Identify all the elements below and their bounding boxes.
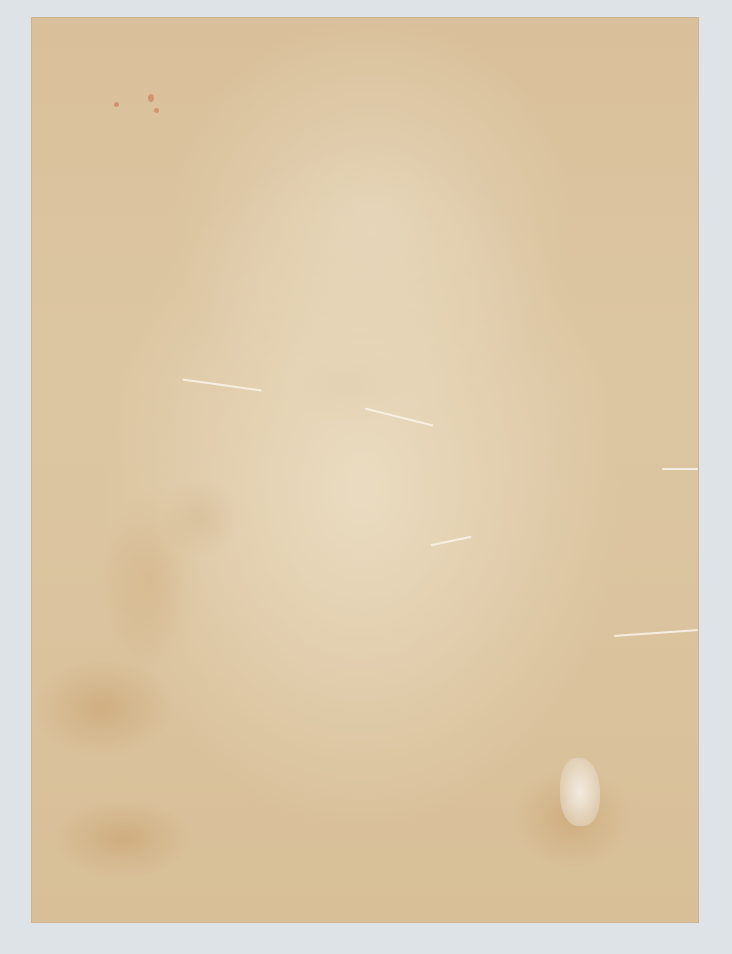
stain-spot	[114, 102, 119, 107]
crease	[182, 378, 261, 391]
crease	[662, 468, 698, 470]
stain-spot	[154, 108, 159, 113]
stain-spot	[148, 94, 154, 102]
paper-tear	[560, 758, 600, 826]
aged-paper-card	[32, 18, 698, 922]
crease	[614, 629, 698, 637]
crease	[430, 536, 471, 547]
crease	[365, 408, 433, 427]
